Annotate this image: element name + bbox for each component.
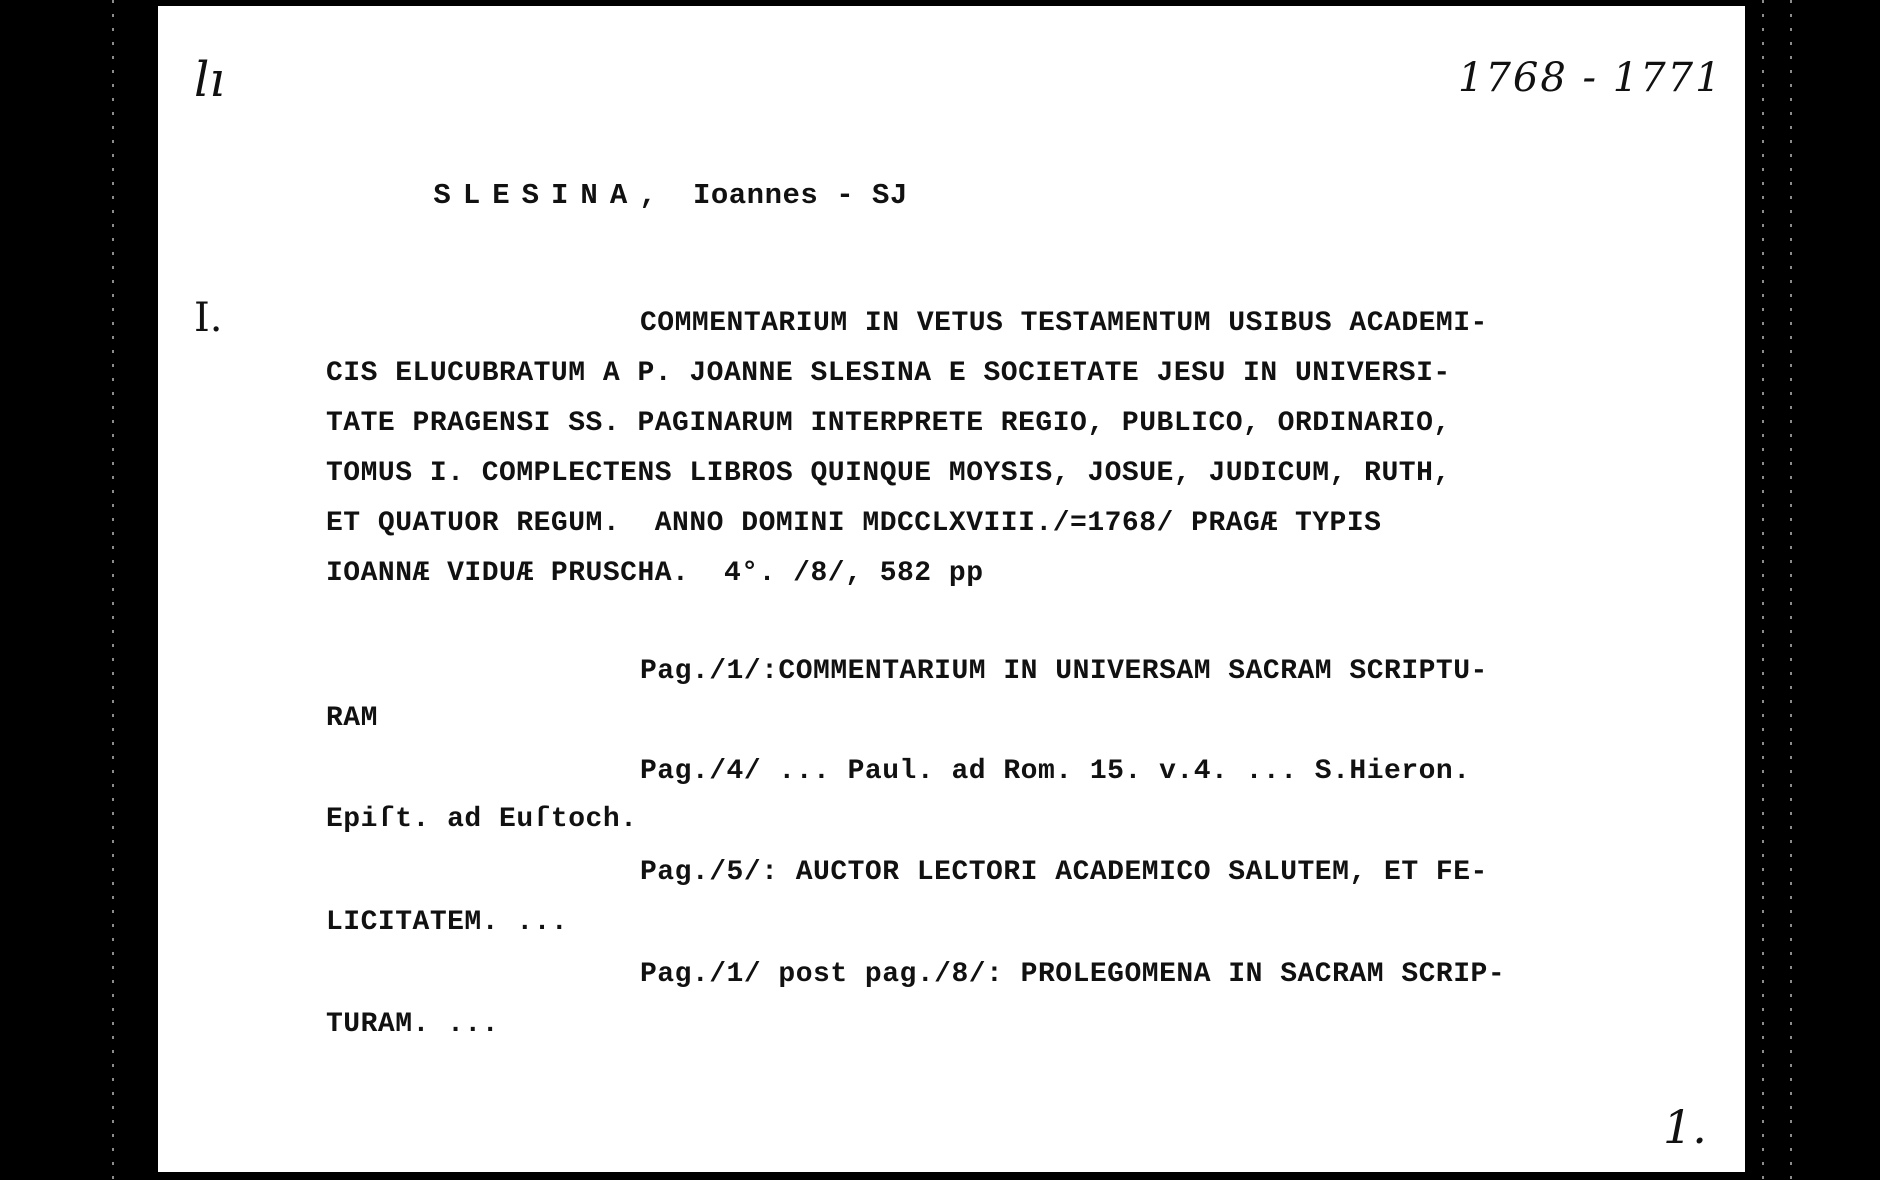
entry-3-first-line: Pag./5/: AUCTOR LECTORI ACADEMICO SALUTE… bbox=[640, 859, 1488, 887]
author-order: - SJ bbox=[836, 179, 908, 212]
title-line-3: TATE PRAGENSI SS. PAGINARUM INTERPRETE R… bbox=[326, 410, 1451, 438]
heading-separator: , bbox=[639, 179, 657, 212]
title-line-5: ET QUATUOR REGUM. ANNO DOMINI MDCCLXVIII… bbox=[326, 510, 1381, 538]
title-line-1: COMMENTARIUM IN VETUS TESTAMENTUM USIBUS… bbox=[640, 310, 1488, 338]
handwritten-card-number: 1. bbox=[1663, 1104, 1707, 1150]
entry-1-first-line: Pag./1/:COMMENTARIUM IN UNIVERSAM SACRAM… bbox=[640, 658, 1488, 686]
scanned-catalog-card-page: lı 1768 - 1771 I. 1. SLESINA, Ioannes - … bbox=[0, 0, 1880, 1180]
scan-noise-right-2 bbox=[1790, 0, 1792, 1180]
scan-noise-left bbox=[112, 0, 114, 1180]
title-line-4: TOMUS I. COMPLECTENS LIBROS QUINQUE MOYS… bbox=[326, 460, 1451, 488]
handwritten-mark-top-left: lı bbox=[194, 56, 225, 104]
title-line-6: IOANNÆ VIDUÆ PRUSCHA. 4°. /8/, 582 pp bbox=[326, 560, 984, 588]
handwritten-volume-numeral: I. bbox=[194, 298, 223, 338]
entry-2-continuation: Epiſt. ad Euſtoch. bbox=[326, 806, 637, 834]
entry-4-continuation: TURAM. ... bbox=[326, 1011, 499, 1039]
scan-noise-right-1 bbox=[1762, 0, 1764, 1180]
entry-2-first-line: Pag./4/ ... Paul. ad Rom. 15. v.4. ... S… bbox=[640, 758, 1471, 786]
entry-3-continuation: LICITATEM. ... bbox=[326, 909, 568, 937]
author-surname: SLESINA bbox=[433, 179, 639, 212]
title-line-2: CIS ELUCUBRATUM A P. JOANNE SLESINA E SO… bbox=[326, 360, 1451, 388]
author-heading: SLESINA, Ioannes - SJ bbox=[326, 152, 908, 239]
handwritten-date-range: 1768 - 1771 bbox=[1458, 58, 1723, 98]
entry-4-first-line: Pag./1/ post pag./8/: PROLEGOMENA IN SAC… bbox=[640, 961, 1505, 989]
author-given-name: Ioannes bbox=[693, 179, 818, 212]
entry-1-continuation: RAM bbox=[326, 705, 378, 733]
catalog-card: lı 1768 - 1771 I. 1. SLESINA, Ioannes - … bbox=[158, 6, 1745, 1172]
